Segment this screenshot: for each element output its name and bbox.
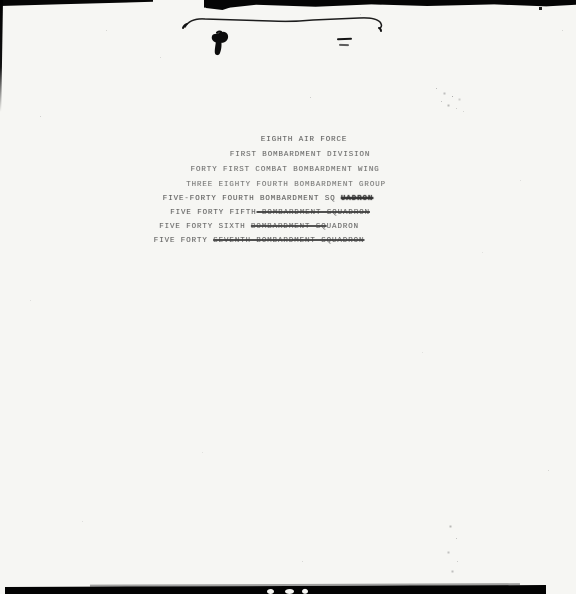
text-line-eighth-air-force: EIGHTH AIR FORCE	[154, 136, 454, 144]
line-segment-struck: SEVENTH BOMBARDMENT SQUADRON	[213, 237, 364, 245]
line-segment: THREE EIGHTY FOURTH BOMBARDMENT GROUP	[186, 181, 386, 189]
dagger-ink-mark-icon	[209, 30, 233, 58]
line-segment: UADRON	[327, 223, 359, 231]
scanned-document-page: EIGHTH AIR FORCE FIRST BOMBARDMENT DIVIS…	[0, 0, 576, 594]
line-segment: FIRST BOMBARDMENT DIVISION	[230, 151, 370, 159]
scan-edge-top-left	[0, 0, 153, 6]
line-segment: FIVE FORTY FIFTH	[170, 209, 256, 217]
text-line-forty-first-combat-wing: FORTY FIRST COMBAT BOMBARDMENT WING	[135, 166, 435, 174]
line-segment-struck: BOMBARDMENT SQ	[251, 223, 327, 231]
dash-bottom	[339, 44, 349, 46]
line-segment-struck: -BOMBARDMENT SQUADRON	[257, 209, 370, 217]
text-line-384th-bombardment-group: THREE EIGHTY FOURTH BOMBARDMENT GROUP	[136, 181, 436, 189]
text-line-first-bombardment-division: FIRST BOMBARDMENT DIVISION	[150, 151, 450, 159]
scan-edge-top-bump	[206, 0, 236, 10]
scan-edge-top-right	[204, 0, 576, 8]
bottom-bar-notch	[302, 589, 308, 594]
dash-top	[337, 38, 352, 41]
line-segment: FIVE FORTY SIXTH	[159, 223, 251, 231]
bottom-bar-notch	[285, 589, 294, 594]
line-segment: FORTY FIRST COMBAT BOMBARDMENT WING	[190, 166, 379, 174]
text-line-546th-squadron: FIVE FORTY SIXTH BOMBARDMENT SQUADRON	[109, 223, 409, 231]
text-line-545th-squadron: FIVE FORTY FIFTH-BOMBARDMENT SQUADRON	[120, 209, 420, 217]
scan-edge-bottom	[5, 585, 546, 594]
line-segment: FIVE-FORTY FOURTH BOMBARDMENT SQ	[163, 195, 341, 203]
text-line-547th-squadron: FIVE FORTY SEVENTH BOMBARDMENT SQUADRON	[109, 237, 409, 245]
scan-edge-left	[0, 0, 3, 112]
double-dash-mark-icon	[337, 37, 353, 47]
text-line-544th-squadron: FIVE-FORTY FOURTH BOMBARDMENT SQ UADRON	[118, 195, 418, 203]
bottom-bar-notch	[267, 589, 274, 594]
line-segment: EIGHTH AIR FORCE	[261, 136, 347, 144]
line-segment: FIVE FORTY	[154, 237, 213, 245]
line-segment-struck: UADRON	[341, 195, 373, 203]
scan-noise-speckles	[0, 0, 1, 1]
